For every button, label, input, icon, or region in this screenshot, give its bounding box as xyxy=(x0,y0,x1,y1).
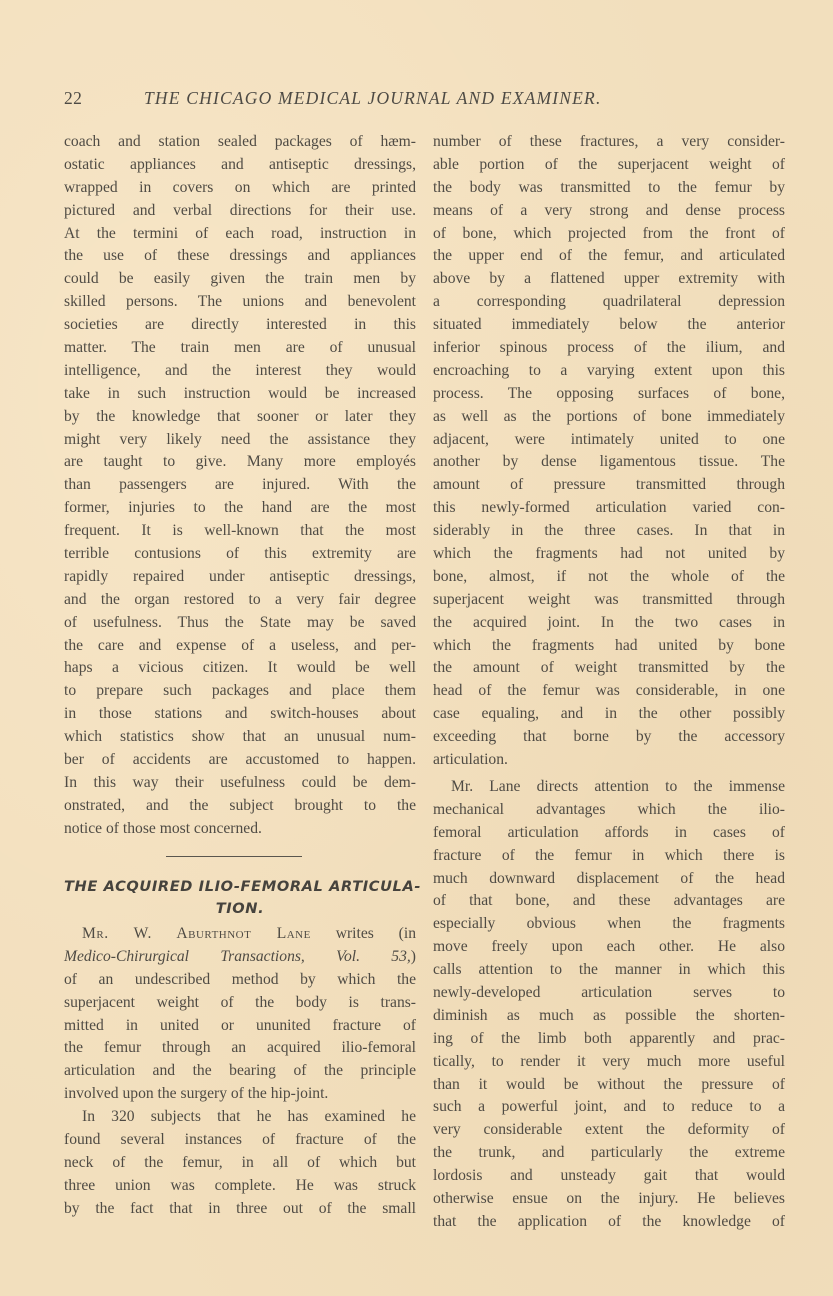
text-line: coach and station sealed packages of hæm… xyxy=(64,131,416,154)
text-line: and the organ restored to a very fair de… xyxy=(64,589,416,612)
text-line: notice of those most concerned. xyxy=(64,818,416,841)
byline-verb: writes (in xyxy=(311,925,416,942)
text-line: mechanical advantages which the ilio- xyxy=(433,799,785,822)
text-line: tically, to render it very much more use… xyxy=(433,1051,785,1074)
journal-title: THE CHICAGO MEDICAL JOURNAL AND EXAMINER… xyxy=(144,88,602,109)
text-line: found several instances of fracture of t… xyxy=(64,1128,416,1151)
text-line: exceeding that borne by the accessory xyxy=(433,726,785,749)
text-line: situated immediately below the anterior xyxy=(433,314,785,337)
text-line: ber of accidents are accustomed to happe… xyxy=(64,749,416,772)
text-line: neck of the femur, in all of which but xyxy=(64,1151,416,1174)
text-line: diminish as much as possible the shorten… xyxy=(433,1005,785,1028)
text-line: a corresponding quadrilateral depression xyxy=(433,291,785,314)
text-line: the amount of weight transmitted by the xyxy=(433,657,785,680)
text-line: At the termini of each road, instruction… xyxy=(64,223,416,246)
text-line: could be easily given the train men by xyxy=(64,268,416,291)
text-line: three union was complete. He was struck xyxy=(64,1174,416,1197)
text-line: the acquired joint. In the two cases in xyxy=(433,612,785,635)
text-line: by the fact that in three out of the sma… xyxy=(64,1197,416,1220)
text-line: of usefulness. Thus the State may be sav… xyxy=(64,612,416,635)
text-line: number of these fractures, a very consid… xyxy=(433,131,785,154)
text-line: skilled persons. The unions and benevole… xyxy=(64,291,416,314)
text-line: such a powerful joint, and to reduce to … xyxy=(433,1096,785,1119)
text-line: of that bone, and these advantages are xyxy=(433,890,785,913)
text-line: than it would be without the pressure of xyxy=(433,1074,785,1097)
page-number: 22 xyxy=(64,88,82,109)
text-line: very considerable extent the deformity o… xyxy=(433,1119,785,1142)
text-line: In 320 subjects that he has examined he xyxy=(64,1105,416,1128)
section-divider xyxy=(166,856,302,857)
text-line: involved upon the surgery of the hip-joi… xyxy=(64,1082,416,1105)
text-line: bone, almost, if not the whole of the xyxy=(433,566,785,589)
text-line: amount of pressure transmitted through xyxy=(433,474,785,497)
text-line: femoral articulation affords in cases of xyxy=(433,822,785,845)
text-line: terrible contusions of this extremity ar… xyxy=(64,543,416,566)
text-line: by the knowledge that sooner or later th… xyxy=(64,406,416,429)
text-line: newly-developed articulation serves to xyxy=(433,982,785,1005)
text-line: articulation and the bearing of the prin… xyxy=(64,1059,416,1082)
left-column-article-continuation: coach and station sealed packages of hæm… xyxy=(64,131,416,841)
text-line: former, injuries to the hand are the mos… xyxy=(64,497,416,520)
text-line: means of a very strong and dense process xyxy=(433,200,785,223)
text-line: siderably in the three cases. In that in xyxy=(433,520,785,543)
text-line: ostatic appliances and antiseptic dressi… xyxy=(64,154,416,177)
text-line: another by dense ligamentous tissue. The xyxy=(433,451,785,474)
text-line: inferior spinous process of the ilium, a… xyxy=(433,337,785,360)
text-line: process. The opposing surfaces of bone, xyxy=(433,383,785,406)
citation: Medico-Chirurgical Transactions, Vol. 53… xyxy=(64,948,411,965)
text-line: the trunk, and particularly the extreme xyxy=(433,1142,785,1165)
text-line: especially obvious when the fragments xyxy=(433,913,785,936)
text-line: the body was transmitted to the femur by xyxy=(433,177,785,200)
text-line: otherwise ensue on the injury. He believ… xyxy=(433,1188,785,1211)
text-line: frequent. It is well-known that the most xyxy=(64,520,416,543)
citation-close: ) xyxy=(411,948,416,965)
text-line: move freely upon each other. He also xyxy=(433,936,785,959)
text-line: in those stations and switch-houses abou… xyxy=(64,703,416,726)
text-line: matter. The train men are of unusual xyxy=(64,337,416,360)
text-line: encroaching to a varying extent upon thi… xyxy=(433,360,785,383)
text-line: the upper end of the femur, and articula… xyxy=(433,245,785,268)
text-line: head of the femur was considerable, in o… xyxy=(433,680,785,703)
text-line: calls attention to the manner in which t… xyxy=(433,959,785,982)
text-line: mitted in united or ununited fracture of xyxy=(64,1014,416,1037)
right-column: number of these fractures, a very consid… xyxy=(433,131,785,1234)
text-line: superjacent weight of the body is trans- xyxy=(64,991,416,1014)
text-line: the care and expense of a useless, and p… xyxy=(64,635,416,658)
text-line: superjacent weight was transmitted throu… xyxy=(433,589,785,612)
section-heading-line: TION. xyxy=(64,898,416,920)
text-line: are taught to give. Many more employés xyxy=(64,451,416,474)
text-line: might very likely need the assistance th… xyxy=(64,429,416,452)
text-line: of bone, which projected from the front … xyxy=(433,223,785,246)
byline-line: Mr. W. Aburthnot Lane writes (in xyxy=(64,922,416,945)
text-line: much downward displacement of the head xyxy=(433,868,785,891)
text-line: intelligence, and the interest they woul… xyxy=(64,360,416,383)
text-line: which the fragments had united by bone xyxy=(433,635,785,658)
text-line: onstrated, and the subject brought to th… xyxy=(64,795,416,818)
left-column-new-article: Mr. W. Aburthnot Lane writes (in Medico-… xyxy=(64,922,416,1220)
text-line: the use of these dressings and appliance… xyxy=(64,245,416,268)
text-line: haps a vicious citizen. It would be well xyxy=(64,657,416,680)
text-line: which statistics show that an unusual nu… xyxy=(64,726,416,749)
text-line: which the fragments had not united by xyxy=(433,543,785,566)
text-line: as well as the portions of bone immediat… xyxy=(433,406,785,429)
text-line: above by a flattened upper extremity wit… xyxy=(433,268,785,291)
text-line: case equaling, and in the other possibly xyxy=(433,703,785,726)
text-line: rapidly repaired under antiseptic dressi… xyxy=(64,566,416,589)
text-line: fracture of the femur in which there is xyxy=(433,845,785,868)
text-line: societies are directly interested in thi… xyxy=(64,314,416,337)
author-name: Mr. W. Aburthnot Lane xyxy=(82,925,311,942)
text-line: that the application of the knowledge of xyxy=(433,1211,785,1234)
section-heading-line: THE ACQUIRED ILIO-FEMORAL ARTICULA- xyxy=(64,876,416,898)
text-line: adjacent, were intimately united to one xyxy=(433,429,785,452)
text-line: than passengers are injured. With the xyxy=(64,474,416,497)
text-line: lordosis and unsteady gait that would xyxy=(433,1165,785,1188)
text-line: articulation. xyxy=(433,749,785,772)
text-line: wrapped in covers on which are printed xyxy=(64,177,416,200)
text-line: this newly-formed articulation varied co… xyxy=(433,497,785,520)
running-head: 22 THE CHICAGO MEDICAL JOURNAL AND EXAMI… xyxy=(64,88,704,114)
text-line: In this way their usefulness could be de… xyxy=(64,772,416,795)
journal-page: 22 THE CHICAGO MEDICAL JOURNAL AND EXAMI… xyxy=(0,0,833,1296)
text-line: take in such instruction would be increa… xyxy=(64,383,416,406)
text-line: Mr. Lane directs attention to the immens… xyxy=(433,776,785,799)
text-line: the femur through an acquired ilio-femor… xyxy=(64,1036,416,1059)
text-line: to prepare such packages and place them xyxy=(64,680,416,703)
section-heading: THE ACQUIRED ILIO-FEMORAL ARTICULA- TION… xyxy=(64,876,416,920)
text-line: ing of the limb both apparently and prac… xyxy=(433,1028,785,1051)
text-line: of an undescribed method by which the xyxy=(64,968,416,991)
text-line: pictured and verbal directions for their… xyxy=(64,200,416,223)
text-line: able portion of the superjacent weight o… xyxy=(433,154,785,177)
citation-line: Medico-Chirurgical Transactions, Vol. 53… xyxy=(64,945,416,968)
